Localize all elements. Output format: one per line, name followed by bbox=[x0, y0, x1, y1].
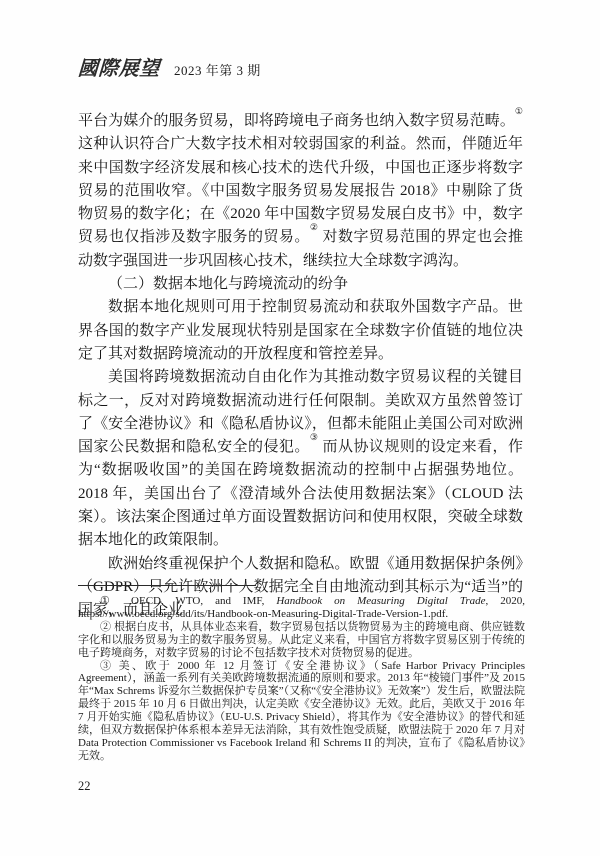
issue-label: 2023 年第 3 期 bbox=[174, 60, 261, 79]
body-text: 平台为媒介的服务贸易，即将跨境电子商务也纳入数字贸易范畴。① 这种认识符合广大数… bbox=[78, 110, 523, 623]
footnote-ref: ③ bbox=[310, 432, 319, 442]
paragraph: 平台为媒介的服务贸易，即将跨境电子商务也纳入数字贸易范畴。① 这种认识符合广大数… bbox=[78, 110, 523, 273]
footnote: ② 根据白皮书，从具体业态来看，数字贸易包括以货物贸易为主的跨境电商、供应链数字… bbox=[78, 621, 525, 660]
journal-page: 國際展望 2023 年第 3 期 平台为媒介的服务贸易，即将跨境电子商务也纳入数… bbox=[0, 0, 600, 856]
text-run: 而从协议规则的设定来看，作为“数据吸收国”的美国在跨境数据流动的控制中占据强势地… bbox=[78, 439, 523, 548]
footnotes: ① OECD, WTO, and IMF, Handbook on Measur… bbox=[78, 595, 525, 763]
footnote: ③ 美、欧于 2000 年 12 月签订《安全港协议》（Safe Harbor … bbox=[78, 660, 525, 763]
italic-text: Handbook on Measuring Digital Trade bbox=[276, 595, 485, 607]
paragraph: 数据本地化规则可用于控制贸易流动和获取外国数字产品。世界各国的数字产业发展现状特… bbox=[78, 296, 523, 366]
page-number: 22 bbox=[78, 779, 91, 794]
text-run: （二）数据本地化与跨境流动的纷争 bbox=[108, 276, 348, 292]
journal-logo: 國際展望 bbox=[77, 52, 161, 81]
text-run: 数据本地化规则可用于控制贸易流动和获取外国数字产品。世界各国的数字产业发展现状特… bbox=[78, 299, 523, 362]
text-run: ② 根据白皮书，从具体业态来看，数字贸易包括以货物贸易为主的跨境电商、供应链数字… bbox=[78, 621, 525, 659]
section-heading: （二）数据本地化与跨境流动的纷争 bbox=[78, 273, 523, 296]
paragraph: 美国将跨境数据流动自由化作为其推动数字贸易议程的关键目标之一，反对对跨境数据流动… bbox=[78, 366, 523, 552]
text-run: ③ 美、欧于 2000 年 12 月签订《安全港协议》（Safe Harbor … bbox=[78, 660, 525, 762]
page-header: 國際展望 2023 年第 3 期 bbox=[78, 52, 261, 81]
text-run: ① OECD, WTO, and IMF, bbox=[100, 595, 276, 607]
footnote-ref: ① bbox=[515, 106, 523, 116]
text-run: 平台为媒介的服务贸易，即将跨境电子商务也纳入数字贸易范畴。 bbox=[78, 113, 515, 129]
footnote-ref: ② bbox=[310, 222, 319, 232]
footnote: ① OECD, WTO, and IMF, Handbook on Measur… bbox=[78, 595, 525, 621]
footnote-separator bbox=[78, 585, 256, 586]
